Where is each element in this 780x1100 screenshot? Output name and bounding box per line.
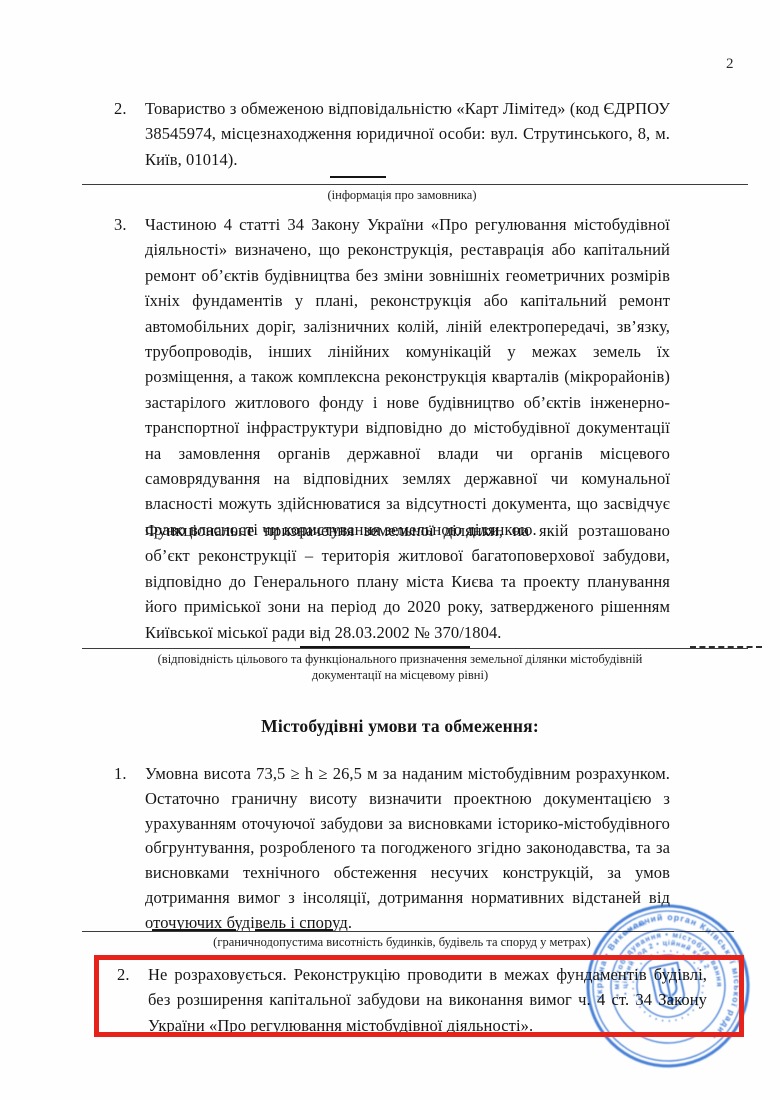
list-item-number: 2.	[117, 962, 130, 987]
caption-land: (відповідність цільового та функціональн…	[140, 652, 660, 683]
trident-emblem	[650, 963, 687, 1012]
caption-customer: (інформація про замовника)	[82, 188, 722, 204]
page-number: 2	[726, 56, 734, 73]
list-item-text: Частиною 4 статті 34 Закону України «Про…	[145, 215, 670, 539]
form-rule-customer	[82, 184, 748, 185]
form-rule-land	[82, 648, 748, 649]
list-item-number: 1.	[114, 762, 127, 787]
scan-artifact-line	[255, 929, 333, 931]
scan-artifact-dashes	[690, 646, 762, 648]
list-item-law: 3. Частиною 4 статті 34 Закону України «…	[112, 212, 670, 542]
list-item-number: 2.	[114, 96, 127, 121]
paragraph-functional-purpose: Функціональне призначення земельної діля…	[145, 518, 670, 645]
section-heading: Містобудівні умови та обмеження:	[112, 716, 688, 737]
list-item-number: 3.	[114, 212, 127, 237]
official-stamp: УКРАЇНА Україна • Виконавчий орган Київс…	[584, 902, 752, 1070]
scan-artifact-line	[330, 176, 386, 178]
scan-artifact-line	[300, 646, 470, 648]
list-item-text: Товариство з обмеженою відповідальністю …	[145, 99, 670, 169]
document-page: 2 2. Товариство з обмеженою відповідальн…	[0, 0, 780, 1100]
list-item-customer: 2. Товариство з обмеженою відповідальніс…	[112, 96, 670, 172]
scan-artifact-line	[152, 929, 236, 931]
